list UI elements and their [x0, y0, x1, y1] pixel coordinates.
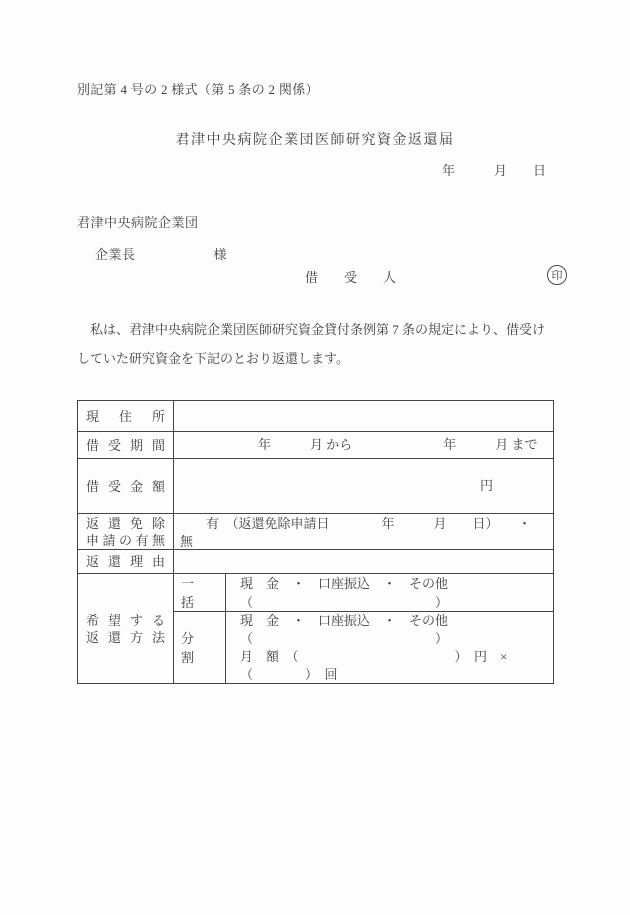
addressee-honorific: 様 — [214, 247, 228, 262]
body-paragraph: 私は、君津中央病院企業団医師研究資金貸付条例第 7 条の規定により、借受け して… — [77, 315, 559, 373]
addressee-role: 企業長 — [95, 247, 136, 262]
addressee-line: 企業長様 — [95, 244, 227, 263]
row-period-value: 年 月 から 年 月 まで — [173, 431, 553, 458]
row-exemption-value: 有 （返還免除申請日 年 月 日） ・ 無 — [173, 513, 553, 549]
row-amount-value: 円 — [173, 458, 553, 513]
row-address-label: 現住所 — [86, 408, 165, 425]
borrower-label: 借 受 人 — [305, 267, 396, 286]
row-exemption-label: 返還免除 申請の有無 — [86, 515, 165, 549]
seal-icon: 印 — [547, 265, 567, 285]
row-amount-header: 借受金額 — [77, 458, 173, 513]
method-lump-header: 一括 — [173, 573, 225, 611]
page-title: 君津中央病院企業団医師研究資金返還届 — [0, 129, 630, 149]
row-reason-value — [173, 549, 553, 573]
method-lump-value: 現 金 ・ 口座振込 ・ その他 （ ） — [225, 573, 553, 611]
row-reason-label: 返還理由 — [86, 553, 165, 570]
document-page: 別記第 4 号の 2 様式（第 5 条の 2 関係） 君津中央病院企業団医師研究… — [0, 0, 630, 915]
row-reason-header: 返還理由 — [77, 549, 173, 573]
row-exemption-header: 返還免除 申請の有無 — [77, 513, 173, 549]
row-method-label: 希望する 返還方法 — [86, 612, 165, 646]
form-number-line: 別記第 4 号の 2 様式（第 5 条の 2 関係） — [77, 79, 319, 98]
row-amount-label: 借受金額 — [86, 478, 165, 495]
addressee-organization: 君津中央病院企業団 — [77, 212, 199, 231]
method-lump-label: 一括 — [181, 574, 196, 612]
method-split-header: 分割 — [173, 611, 225, 683]
row-method-header: 希望する 返還方法 — [77, 573, 173, 683]
method-split-value: 現 金 ・ 口座振込 ・ その他 （ ） 月 額 （ ） 円 × （ ） 回 — [225, 611, 553, 683]
return-details-table: 現住所 借受期間 年 月 から 年 月 まで 借受金額 円 返還免除 申請の有無… — [77, 400, 554, 684]
row-address-value — [173, 400, 553, 431]
row-period-header: 借受期間 — [77, 431, 173, 458]
row-period-label: 借受期間 — [86, 437, 165, 454]
date-fill-in-line: 年 月 日 — [442, 160, 546, 179]
method-split-label: 分割 — [181, 629, 196, 667]
row-address-header: 現住所 — [77, 400, 173, 431]
